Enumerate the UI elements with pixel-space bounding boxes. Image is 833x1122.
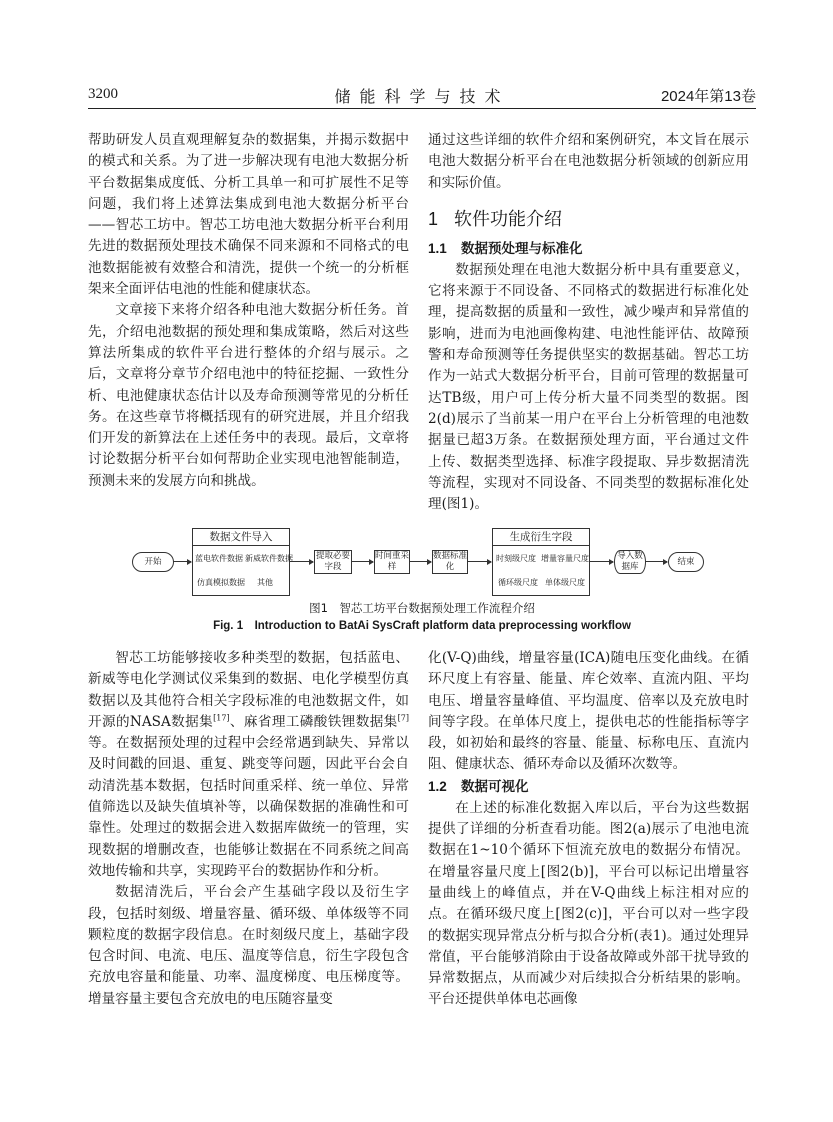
paragraph: 化(V-Q)曲线，增量容量(ICA)随电压变化曲线。在循环尺度上有容量、能量、库… (428, 648, 749, 776)
figure-caption-cn: 图1 智芯工坊平台数据预处理工作流程介绍 (88, 600, 756, 616)
section-heading-1-2: 1.2数据可视化 (428, 776, 749, 798)
right-column-top: 通过这些详细的软件介绍和案例研究，本文旨在展示电池大数据分析平台在电池数据分析领… (428, 130, 749, 515)
section-number: 1.2 (428, 776, 461, 798)
paragraph: 智芯工坊能够接收多种类型的数据，包括蓝电、新威等电化学测试仪采集到的数据、电化学… (88, 648, 409, 882)
arrow-icon (645, 561, 667, 562)
group-item: 仿真模拟数据 (197, 577, 245, 588)
section-heading-1-1: 1.1数据预处理与标准化 (428, 238, 749, 260)
arrow-icon (467, 561, 491, 562)
group-item: 蓝电软件数据 (195, 553, 243, 564)
group-item: 其他 (257, 577, 273, 588)
volume-info: 2024年第13卷 (661, 85, 756, 106)
extract-fields-step: 提取必要字段 (314, 550, 352, 574)
arrow-icon (289, 561, 313, 562)
paragraph: 帮助研发人员直观理解复杂的数据集，并揭示数据中的模式和关系。为了进一步解决现有电… (88, 130, 409, 300)
group-item: 时刻级尺度 (496, 553, 536, 564)
text-run: 、麻省理工磷酸铁锂数据集 (230, 714, 398, 730)
paragraph: 通过这些详细的软件介绍和案例研究，本文旨在展示电池大数据分析平台在电池数据分析领… (428, 130, 749, 194)
time-resample-step: 时间重采样 (374, 550, 410, 574)
standardize-step: 数据标准化 (432, 550, 468, 574)
arrow-icon (589, 561, 613, 562)
left-column-bottom: 智芯工坊能够接收多种类型的数据，包括蓝电、新威等电化学测试仪采集到的数据、电化学… (88, 648, 409, 1010)
section-heading-1: 1软件功能介绍 (428, 206, 749, 232)
derive-group: 生成衍生字段 时刻级尺度 增量容量尺度 循环级尺度 单体级尺度 (492, 528, 590, 596)
import-database-step: 导入数据库 (614, 550, 646, 574)
paragraph: 数据预处理在电池大数据分析中具有重要意义，它将来源于不同设备、不同格式的数据进行… (428, 260, 749, 516)
end-node: 结束 (668, 552, 704, 572)
arrow-icon (409, 561, 431, 562)
section-title: 数据可视化 (461, 779, 529, 795)
group-item: 增量容量尺度 (541, 553, 589, 564)
section-number: 1 (428, 206, 454, 232)
group-title: 生成衍生字段 (493, 529, 589, 546)
import-group: 数据文件导入 蓝电软件数据 新威软件数据 仿真模拟数据 其他 (192, 528, 290, 596)
right-column-bottom: 化(V-Q)曲线，增量容量(ICA)随电压变化曲线。在循环尺度上有容量、能量、库… (428, 648, 749, 1011)
arrow-icon (351, 561, 373, 562)
arrow-icon (173, 561, 191, 562)
group-item: 单体级尺度 (545, 577, 585, 588)
section-number: 1.1 (428, 238, 461, 260)
paragraph: 数据清洗后，平台会产生基础字段以及衍生字段，包括时刻级、增量容量、循环级、单体级… (88, 882, 409, 1010)
running-header: 3200 储能科学与技术 2024年第13卷 (88, 82, 756, 109)
citation-ref[interactable]: [7] (398, 713, 409, 722)
section-title: 数据预处理与标准化 (461, 241, 583, 257)
group-item: 新威软件数据 (245, 553, 293, 564)
text-run: 等。在数据预处理的过程中会经常遇到缺失、异常以及时间戳的回退、重复、跳变等问题，… (88, 735, 409, 879)
group-title: 数据文件导入 (193, 529, 289, 546)
paragraph: 在上述的标准化数据入库以后，平台为这些数据提供了详细的分析查看功能。图2(a)展… (428, 798, 749, 1011)
section-title: 软件功能介绍 (454, 209, 562, 230)
journal-name: 储能科学与技术 (88, 84, 756, 107)
figure-caption-en: Fig. 1 Introduction to BatAi SysCraft pl… (88, 617, 756, 633)
left-column-top: 帮助研发人员直观理解复杂的数据集，并揭示数据中的模式和关系。为了进一步解决现有电… (88, 130, 409, 492)
paragraph: 文章接下来将介绍各种电池大数据分析任务。首先，介绍电池数据的预处理和集成策略，然… (88, 300, 409, 492)
start-node: 开始 (132, 552, 174, 572)
figure-1-workflow: 开始 数据文件导入 蓝电软件数据 新威软件数据 仿真模拟数据 其他 提取必要字段… (130, 526, 710, 598)
group-item: 循环级尺度 (498, 577, 538, 588)
citation-ref[interactable]: [17] (213, 713, 229, 722)
